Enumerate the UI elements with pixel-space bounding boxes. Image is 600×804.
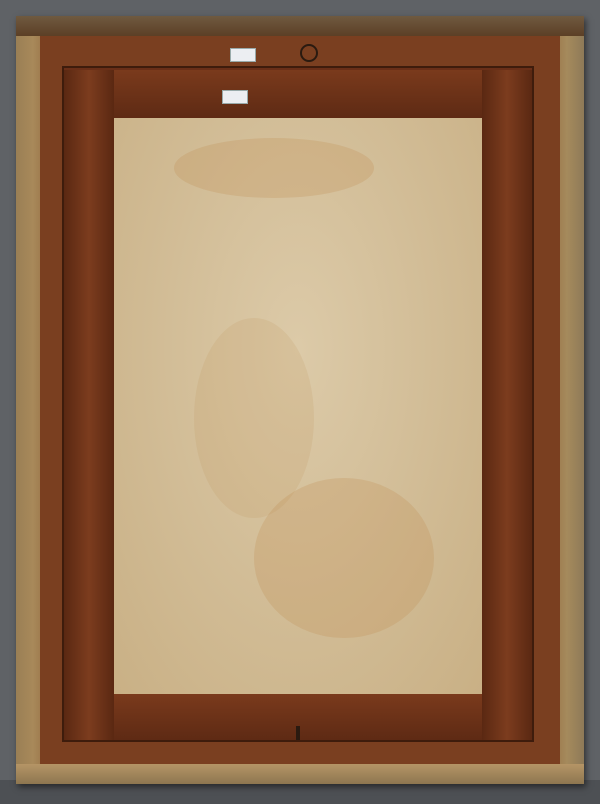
hanging-ring-icon [300,44,318,62]
stain [174,138,374,198]
stretcher-right-bar [482,70,532,740]
inventory-label [222,90,248,104]
frame-bottom-edge [16,764,584,784]
stain [194,318,314,518]
nail-icon [296,726,300,740]
inventory-label [230,48,256,62]
frame-top-edge [16,16,584,36]
stretcher-top-bar [114,70,482,118]
stretcher-left-bar [64,70,114,740]
canvas-back [114,118,482,694]
